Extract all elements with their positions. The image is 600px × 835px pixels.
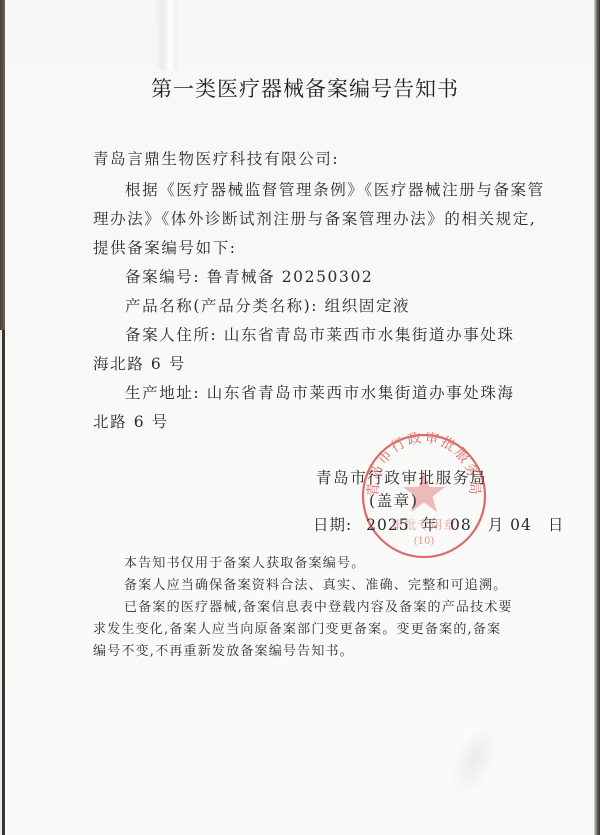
registrant-address-label: 备案人住所: — [125, 326, 217, 344]
note-line-3: 已备案的医疗器械,备案信息表中登载内容及备案的产品技术要 — [124, 596, 513, 615]
note-line-1: 本告知书仅用于备案人获取备案编号。 — [124, 552, 365, 571]
registrant-address-line2: 海北路 6 号 — [93, 352, 186, 374]
note-line-5: 编号不变,不再重新发放备案编号告知书。 — [93, 640, 354, 659]
note-line-4: 求发生变化,备案人应当向原备案部门变更备案。变更备案的,备案 — [93, 618, 501, 637]
record-number-label: 备案编号: — [125, 268, 200, 286]
production-address-label: 生产地址: — [125, 384, 200, 402]
date-year: 2025 — [366, 516, 409, 534]
intro-line-3: 提供备案编号如下: — [93, 236, 237, 258]
month-unit: 月 — [488, 516, 505, 534]
seal-number: (10) — [414, 536, 435, 547]
registrant-address-row: 备案人住所: 山东省青岛市莱西市水集街道办事处珠 — [125, 323, 515, 345]
production-address-line1: 山东省青岛市莱西市水集街道办事处珠海 — [207, 384, 515, 402]
paper-crease — [155, 0, 177, 70]
paper-crease-shadow — [440, 715, 510, 804]
date-label: 日期: — [313, 516, 352, 534]
record-number-row: 备案编号: 鲁青械备 20250302 — [125, 265, 373, 287]
production-address-row: 生产地址: 山东省青岛市莱西市水集街道办事处珠海 — [125, 381, 515, 403]
issuer-name: 青岛市行政审批服务局 — [316, 466, 487, 488]
product-name-value: 组织固定液 — [325, 297, 411, 315]
note-line-2: 备案人应当确保备案资料合法、真实、准确、完整和可追溯。 — [124, 574, 507, 593]
date-day: 04 — [510, 516, 532, 534]
document-title: 第一类医疗器械备案编号告知书 — [5, 73, 600, 103]
day-unit: 日 — [548, 516, 565, 534]
production-address-line2: 北路 6 号 — [93, 410, 169, 432]
document-page: 第一类医疗器械备案编号告知书 青岛言鼎生物医疗科技有限公司: 根据《医疗器械监督… — [5, 0, 594, 835]
scan-left-edge — [0, 0, 5, 330]
scan-right-edge — [594, 0, 600, 835]
scan-left-edge-lower — [0, 330, 2, 835]
date-month: 08 — [450, 516, 472, 534]
record-number-value: 鲁青械备 20250302 — [207, 268, 374, 286]
registrant-address-line1: 山东省青岛市莱西市水集街道办事处珠 — [224, 326, 515, 344]
product-name-label: 产品名称(产品分类名称): — [125, 297, 318, 315]
product-name-row: 产品名称(产品分类名称): 组织固定液 — [125, 294, 410, 316]
year-unit: 年 — [422, 516, 439, 534]
intro-line-2: 理办法》《体外诊断试剂注册与备案管理办法》的相关规定, — [93, 207, 536, 229]
issuer-seal-note: (盖章) — [369, 489, 419, 511]
issue-date-row: 日期: 2025 年 08 月 04 日 — [313, 513, 564, 535]
intro-line-1: 根据《医疗器械监督管理条例》《医疗器械注册与备案管 — [125, 178, 545, 200]
addressee: 青岛言鼎生物医疗科技有限公司: — [93, 147, 339, 169]
